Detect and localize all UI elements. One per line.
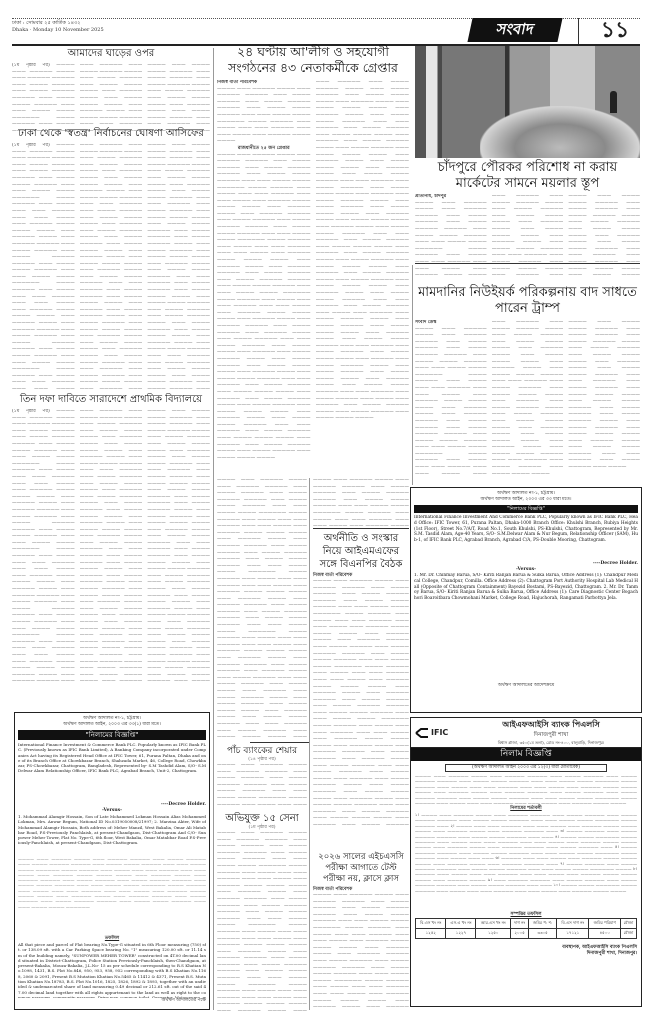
- column-continuation-2: ———— ——— ————— ———— ——— ————— ————— ——— …: [313, 478, 409, 526]
- column-divider: [309, 478, 310, 1010]
- column-divider: [412, 265, 413, 485]
- column-continuation: ———— ——— ————— ———— ——— ————— ————— ——— …: [217, 478, 307, 740]
- article-ghareer-opor: আমাদের ঘাড়ের ওপর (১ম পৃষ্ঠার পর) ———— —…: [12, 47, 210, 135]
- headline: অভিযুক্ত ১৫ সেনা: [217, 812, 307, 825]
- news-photo-market-garbage: [415, 46, 640, 158]
- logo-divider: [578, 18, 579, 44]
- page-number: ১১: [590, 18, 640, 44]
- ific-logo: IFIC: [415, 728, 465, 738]
- notice-title: "নিলামের বিজ্ঞপ্তি": [414, 505, 638, 513]
- ific-logo-icon: [415, 728, 429, 738]
- headline: মামদানির নিউইয়র্ক পরিকল্পনায় বাদ সাধতে…: [415, 285, 640, 317]
- article-text: (১ম পৃষ্ঠার পর) ———— ——— ————— ———— ——— …: [12, 63, 75, 135]
- headline: পাঁচ ব্যাংকের শেয়ার: [217, 745, 307, 757]
- article-primary-school-demands: তিন দফা দাবিতে সারাদেশে প্রাথমিক বিদ্যাল…: [12, 393, 210, 684]
- article-five-banks-shares: পাঁচ ব্যাংকের শেয়ার (১৪ পৃষ্ঠার পর) ———…: [217, 745, 307, 805]
- ific-bank-auction-ad: IFIC আইএফআইসি ব্যাংক পিএলসি দিনাজপুরী শা…: [410, 717, 642, 1007]
- headline: ২০২৬ সালের এইচএসসি পরীক্ষা আগাতে টেস্ট প…: [313, 852, 409, 885]
- property-schedule-table: বি.এস খং নংএস.এ খং নংআর.এস খং নংদাগ নংজম…: [415, 918, 637, 939]
- plaintiff-text: International Finance Investment & Comme…: [18, 742, 206, 802]
- article-awami-league-arrests: ২৪ ঘণ্টায় আ'লীগ ও সহযোগী সংগঠনের ৪৩ নেত…: [217, 44, 409, 475]
- defendants-text: 1. Mohammad Alamgir Hossain, Son of Late…: [18, 814, 206, 854]
- notice-title: "নিলামের বিজ্ঞপ্তি": [18, 730, 206, 740]
- article-chandpur-garbage: চাঁদপুরে পৌরকর পরিশোধ না করায় মার্কেটের…: [415, 160, 640, 279]
- newspaper-logo: সংবাদ: [467, 18, 562, 42]
- notice-title: নিলাম বিজ্ঞপ্তি: [411, 748, 641, 761]
- article-asif-independent: ঢাকা থেকে 'স্বতন্ত্র' নির্বাচনের ঘোষণা আ…: [12, 127, 210, 393]
- date-block: ঢাকা : সোমবার ২৫ কার্তিক ১৪৩২ Dhaka · Mo…: [12, 20, 104, 34]
- headline: তিন দফা দাবিতে সারাদেশে প্রাথমিক বিদ্যাল…: [12, 393, 210, 407]
- article-15-soldiers: অভিযুক্ত ১৫ সেনা (১ম পৃষ্ঠার পর) ———— ——…: [217, 812, 307, 1011]
- auction-notice-ad-left: অর্থঋণ আদালত নং-১, চট্টগ্রাম। অর্থঋণ আদা…: [14, 712, 210, 1010]
- article-imf-bnp-meeting: অর্থনীতি ও সংস্কার নিয়ে আইএমএফের সঙ্গে …: [313, 532, 409, 829]
- defendants-text: 1. Mr. Dr. Chinmay Barua, S/O- Kiriti Ra…: [414, 573, 638, 681]
- headline: চাঁদপুরে পৌরকর পরিশোধ না করায় মার্কেটের…: [415, 160, 640, 192]
- person-figure: [610, 91, 617, 113]
- headline: ২৪ ঘণ্টায় আ'লীগ ও সহযোগী সংগঠনের ৪৩ নেত…: [217, 44, 409, 76]
- schedule-text: All that piece and parcel of Flat bearin…: [18, 942, 206, 998]
- column-divider: [213, 48, 214, 1010]
- article-mamdani-trump: মামদানির নিউইয়র্ক পরিকল্পনায় বাদ সাধতে…: [415, 285, 640, 478]
- headline: আমাদের ঘাড়ের ওপর: [12, 47, 210, 61]
- auction-notice-ad-right: অর্থঋণ আদালত নং-১, চট্টগ্রাম। অর্থঋণ আদা…: [410, 487, 642, 713]
- headline: অর্থনীতি ও সংস্কার নিয়ে আইএমএফের সঙ্গে …: [313, 532, 409, 571]
- article-hsc-2026: ২০২৬ সালের এইচএসসি পরীক্ষা আগাতে টেস্ট প…: [313, 852, 409, 1008]
- date-english: Dhaka · Monday 10 November 2025: [12, 27, 104, 34]
- date-bengali: ঢাকা : সোমবার ২৫ কার্তিক ১৪৩২: [12, 20, 104, 27]
- plaintiff-text: International Finance Investment And Com…: [414, 515, 638, 561]
- headline: ঢাকা থেকে 'স্বতন্ত্র' নির্বাচনের ঘোষণা আ…: [12, 127, 210, 141]
